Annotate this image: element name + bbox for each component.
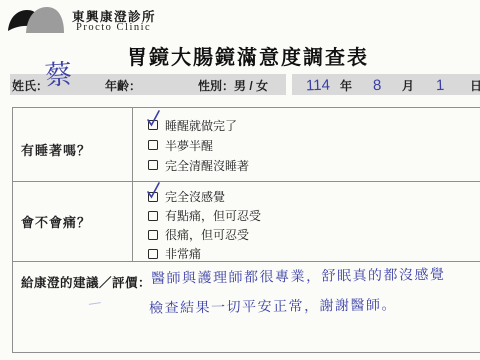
age-label: 年齡： <box>105 77 141 94</box>
option-label: 非常痛 <box>165 245 201 262</box>
gender-label: 性別：男 / 女 <box>198 77 268 94</box>
day-handwritten-value: 1 <box>436 77 445 94</box>
feedback-handwriting-line2: 檢查結果一切平安正常，謝謝醫師。 <box>149 294 397 317</box>
option-label: 睡醒就做完了 <box>165 117 237 134</box>
form-title: 胃鏡大腸鏡滿意度調查表 <box>0 41 480 70</box>
checkmark-icon <box>147 186 161 200</box>
question-options: 完全沒感覺 有點痛，但可忍受 很痛，但可忍受 非常痛 <box>148 187 261 263</box>
question-label: 有睡著嗎？ <box>21 140 91 159</box>
question-label: 會不會痛？ <box>21 212 91 231</box>
scanned-survey-form: 東興康澄診所 Procto Clinic 胃鏡大腸鏡滿意度調查表 姓氏： 年齡：… <box>0 0 480 360</box>
feedback-label: 給康澄的建議／評價： <box>21 273 151 291</box>
surname-label: 姓氏： <box>12 77 48 94</box>
checkbox <box>148 249 158 259</box>
option-label: 半夢半醒 <box>165 137 213 154</box>
checkbox <box>148 120 158 130</box>
checkbox <box>148 230 158 240</box>
date-bar: 114 年 8 月 1 日 <box>292 74 480 95</box>
option-label: 完全清醒沒睡著 <box>165 157 249 174</box>
ink-smudge <box>89 302 101 308</box>
option-label: 完全沒感覺 <box>165 188 225 205</box>
surname-handwritten-value: 蔡 <box>44 61 73 90</box>
option-row: 完全沒感覺 <box>148 187 261 206</box>
question-table: 有睡著嗎？ 睡醒就做完了 半夢半醒 完全清醒沒睡著 會不會痛？ <box>12 107 480 353</box>
checkbox <box>148 160 158 170</box>
month-label: 月 <box>402 77 414 94</box>
month-handwritten-value: 8 <box>373 77 382 94</box>
question-options: 睡醒就做完了 半夢半醒 完全清醒沒睡著 <box>148 115 249 175</box>
day-label: 日 <box>470 77 480 94</box>
year-handwritten-value: 114 <box>306 77 331 95</box>
clinic-logo-icon <box>6 4 68 36</box>
checkbox <box>148 211 158 221</box>
column-divider <box>132 108 133 261</box>
checkbox <box>148 140 158 150</box>
checkmark-icon <box>147 114 161 128</box>
feedback-handwriting-line1: 醫師與護理師都很專業，舒眠真的都沒感覺 <box>151 264 446 288</box>
option-row: 有點痛，但可忍受 <box>148 206 261 225</box>
option-row: 完全清醒沒睡著 <box>148 155 249 175</box>
row-divider <box>13 181 480 182</box>
option-label: 有點痛，但可忍受 <box>165 207 261 224</box>
option-row: 很痛，但可忍受 <box>148 225 261 244</box>
option-row: 半夢半醒 <box>148 135 249 155</box>
checkbox <box>148 192 158 202</box>
option-row: 睡醒就做完了 <box>148 115 249 135</box>
option-label: 很痛，但可忍受 <box>165 226 249 243</box>
year-label: 年 <box>340 77 352 94</box>
option-row: 非常痛 <box>148 244 261 263</box>
clinic-name-en: Procto Clinic <box>76 22 151 33</box>
